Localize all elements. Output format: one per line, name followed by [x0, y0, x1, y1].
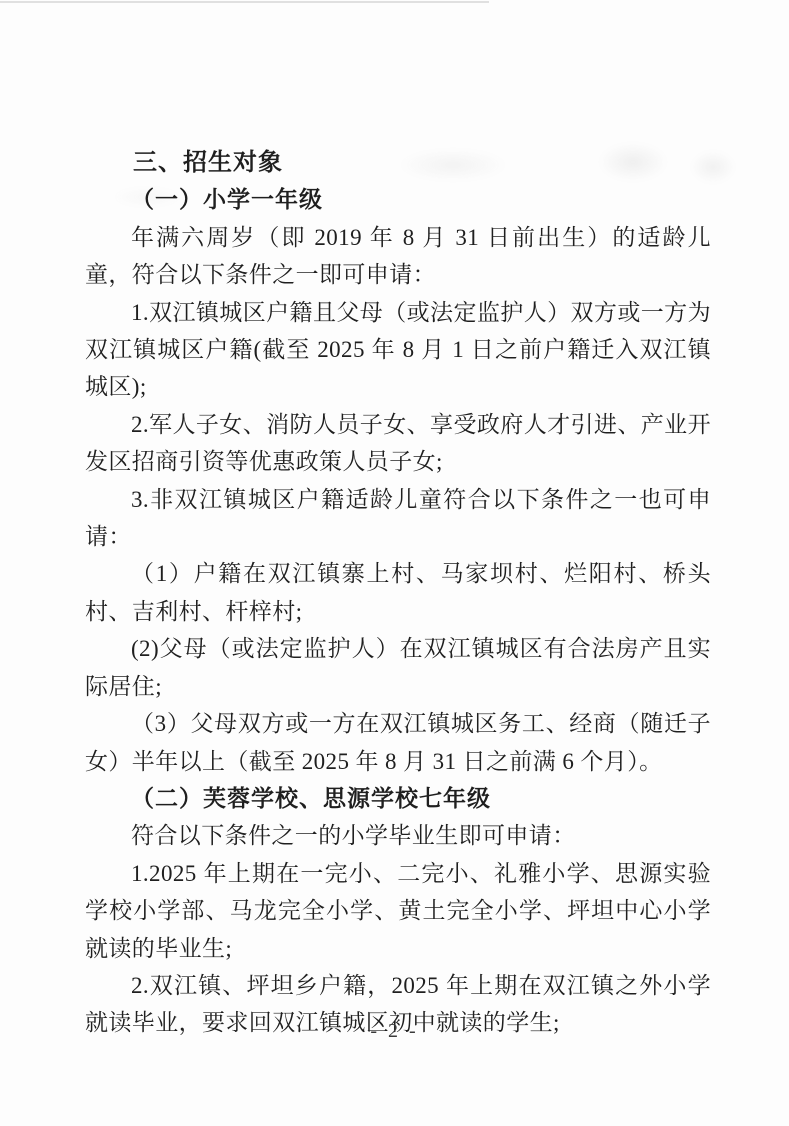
section-heading: 三、招生对象 [85, 144, 711, 181]
paragraph-condition-3-1: （1）户籍在双江镇寨上村、马家坝村、烂阳村、桥头村、吉利村、杆梓村; [85, 555, 711, 630]
document-page: 三、招生对象 （一）小学一年级 年满六周岁（即 2019 年 8 月 31 日前… [0, 0, 789, 1126]
page-number: - 2 - [0, 1020, 789, 1043]
subsection-heading-primary-grade1: （一）小学一年级 [85, 181, 711, 218]
scan-edge-artifact [0, 1, 489, 3]
paragraph-condition-1: 1.双江镇城区户籍且父母（或法定监护人）双方或一方为双江镇城区户籍(截至 202… [85, 294, 711, 406]
paragraph-grade7-intro: 符合以下条件之一的小学毕业生即可申请： [85, 817, 711, 854]
paragraph-condition-3: 3.非双江镇城区户籍适龄儿童符合以下条件之一也可申请： [85, 481, 711, 556]
paragraph-grade7-condition-1: 1.2025 年上期在一完小、二完小、礼雅小学、思源实验学校小学部、马龙完全小学… [85, 855, 711, 967]
paragraph-condition-3-3: （3）父母双方或一方在双江镇城区务工、经商（随迁子女）半年以上（截至 2025 … [85, 705, 711, 780]
paragraph-condition-2: 2.军人子女、消防人员子女、享受政府人才引进、产业开发区招商引资等优惠政策人员子… [85, 406, 711, 481]
subsection-heading-grade7: （二）芙蓉学校、思源学校七年级 [85, 780, 711, 817]
paragraph-condition-3-2: (2)父母（或法定监护人）在双江镇城区有合法房产且实际居住; [85, 630, 711, 705]
paragraph-age-requirement: 年满六周岁（即 2019 年 8 月 31 日前出生）的适龄儿童，符合以下条件之… [85, 219, 711, 294]
document-body: 三、招生对象 （一）小学一年级 年满六周岁（即 2019 年 8 月 31 日前… [85, 144, 711, 1042]
